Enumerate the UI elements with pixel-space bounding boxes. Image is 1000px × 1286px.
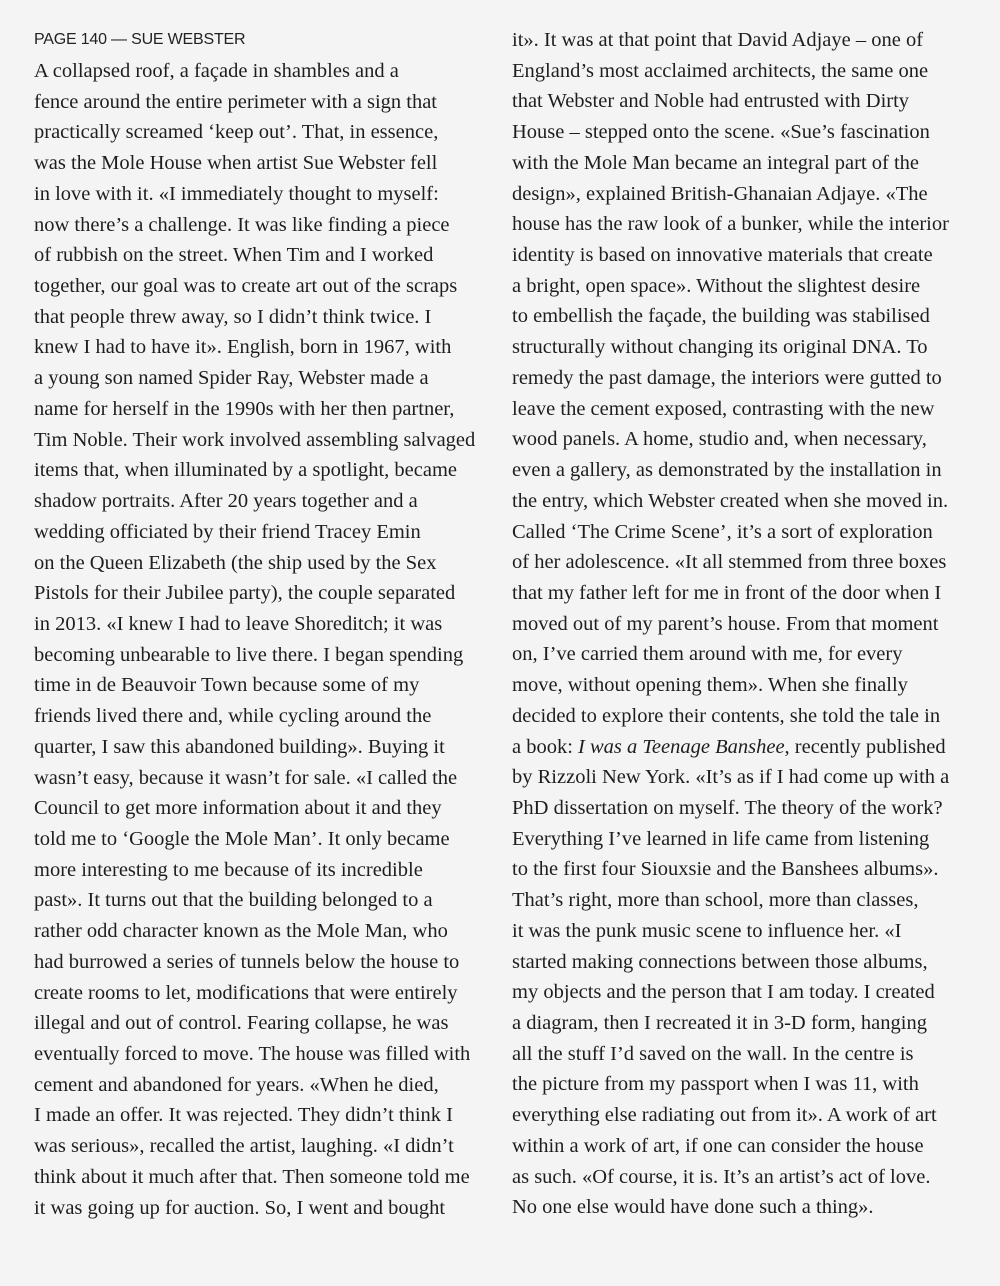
text-line: fence around the entire perimeter with a… [34, 87, 489, 118]
text-line: together, our goal was to create art out… [34, 271, 489, 302]
text-line: had burrowed a series of tunnels below t… [34, 947, 489, 978]
text-line: with the Mole Man became an integral par… [512, 148, 972, 179]
text-line: quarter, I saw this abandoned building».… [34, 732, 489, 763]
text-line: becoming unbearable to live there. I beg… [34, 640, 489, 671]
text-line: now there’s a challenge. It was like fin… [34, 210, 489, 241]
text-line: started making connections between those… [512, 947, 972, 978]
text-line: that Webster and Noble had entrusted wit… [512, 86, 972, 117]
text-line: cement and abandoned for years. «When he… [34, 1070, 489, 1101]
text-line: in love with it. «I immediately thought … [34, 179, 489, 210]
text-line: I made an offer. It was rejected. They d… [34, 1100, 489, 1131]
text-line: identity is based on innovative material… [512, 240, 972, 271]
text-fragment: , recently published [785, 736, 946, 758]
text-line: items that, when illuminated by a spotli… [34, 455, 489, 486]
text-line: a book: I was a Teenage Banshee, recentl… [512, 732, 972, 763]
text-line: a bright, open space». Without the sligh… [512, 271, 972, 302]
text-line: knew I had to have it». English, born in… [34, 332, 489, 363]
text-line: of rubbish on the street. When Tim and I… [34, 240, 489, 271]
text-line: Tim Noble. Their work involved assemblin… [34, 425, 489, 456]
text-line: on the Queen Elizabeth (the ship used by… [34, 548, 489, 579]
text-line: even a gallery, as demonstrated by the i… [512, 455, 972, 486]
text-line: time in de Beauvoir Town because some of… [34, 670, 489, 701]
text-line: No one else would have done such a thing… [512, 1192, 972, 1223]
text-fragment: a book: [512, 736, 578, 758]
page-header: PAGE 140 — SUE WEBSTER [34, 30, 245, 50]
text-line: in 2013. «I knew I had to leave Shoredit… [34, 609, 489, 640]
text-line: That’s right, more than school, more tha… [512, 885, 972, 916]
text-line: it was going up for auction. So, I went … [34, 1193, 489, 1224]
text-line: a young son named Spider Ray, Webster ma… [34, 363, 489, 394]
text-line: told me to ‘Google the Mole Man’. It onl… [34, 824, 489, 855]
text-line: wood panels. A home, studio and, when ne… [512, 424, 972, 455]
text-line: as such. «Of course, it is. It’s an arti… [512, 1162, 972, 1193]
text-line: the picture from my passport when I was … [512, 1069, 972, 1100]
text-line: my objects and the person that I am toda… [512, 977, 972, 1008]
text-line: remedy the past damage, the interiors we… [512, 363, 972, 394]
text-line: was the Mole House when artist Sue Webst… [34, 148, 489, 179]
text-line: England’s most acclaimed architects, the… [512, 56, 972, 87]
text-line: think about it much after that. Then som… [34, 1162, 489, 1193]
text-line: that my father left for me in front of t… [512, 578, 972, 609]
text-line: was serious», recalled the artist, laugh… [34, 1131, 489, 1162]
text-line: PhD dissertation on myself. The theory o… [512, 793, 972, 824]
text-line: all the stuff I’d saved on the wall. In … [512, 1039, 972, 1070]
text-line: practically screamed ‘keep out’. That, i… [34, 117, 489, 148]
text-line: past». It turns out that the building be… [34, 885, 489, 916]
book-title: I was a Teenage Banshee [578, 736, 785, 758]
text-line: wasn’t easy, because it wasn’t for sale.… [34, 763, 489, 794]
text-line: friends lived there and, while cycling a… [34, 701, 489, 732]
text-line: a diagram, then I recreated it in 3-D fo… [512, 1008, 972, 1039]
article-left-column: A collapsed roof, a façade in shambles a… [34, 56, 489, 1223]
text-line: on, I’ve carried them around with me, fo… [512, 639, 972, 670]
text-line: Everything I’ve learned in life came fro… [512, 824, 972, 855]
text-line: Pistols for their Jubilee party), the co… [34, 578, 489, 609]
text-line: everything else radiating out from it». … [512, 1100, 972, 1131]
text-line: move, without opening them». When she fi… [512, 670, 972, 701]
text-line: of her adolescence. «It all stemmed from… [512, 547, 972, 578]
text-line: A collapsed roof, a façade in shambles a… [34, 56, 489, 87]
text-line: moved out of my parent’s house. From tha… [512, 609, 972, 640]
text-line: by Rizzoli New York. «It’s as if I had c… [512, 762, 972, 793]
text-line: name for herself in the 1990s with her t… [34, 394, 489, 425]
text-line: House – stepped onto the scene. «Sue’s f… [512, 117, 972, 148]
text-line: create rooms to let, modifications that … [34, 978, 489, 1009]
text-line: more interesting to me because of its in… [34, 855, 489, 886]
text-line: to the first four Siouxsie and the Bansh… [512, 854, 972, 885]
text-line: that people threw away, so I didn’t thin… [34, 302, 489, 333]
text-line: rather odd character known as the Mole M… [34, 916, 489, 947]
text-line: illegal and out of control. Fearing coll… [34, 1008, 489, 1039]
text-line: Called ‘The Crime Scene’, it’s a sort of… [512, 517, 972, 548]
text-line: it». It was at that point that David Adj… [512, 25, 972, 56]
text-line: wedding officiated by their friend Trace… [34, 517, 489, 548]
text-line: structurally without changing its origin… [512, 332, 972, 363]
text-line: decided to explore their contents, she t… [512, 701, 972, 732]
text-line: leave the cement exposed, contrasting wi… [512, 394, 972, 425]
text-line: eventually forced to move. The house was… [34, 1039, 489, 1070]
text-line: to embellish the façade, the building wa… [512, 301, 972, 332]
text-line: within a work of art, if one can conside… [512, 1131, 972, 1162]
text-line: the entry, which Webster created when sh… [512, 486, 972, 517]
article-right-column: it». It was at that point that David Adj… [512, 25, 972, 1223]
text-line: design», explained British-Ghanaian Adja… [512, 179, 972, 210]
text-line: it was the punk music scene to influence… [512, 916, 972, 947]
text-line: Council to get more information about it… [34, 793, 489, 824]
text-line: house has the raw look of a bunker, whil… [512, 209, 972, 240]
text-line: shadow portraits. After 20 years togethe… [34, 486, 489, 517]
